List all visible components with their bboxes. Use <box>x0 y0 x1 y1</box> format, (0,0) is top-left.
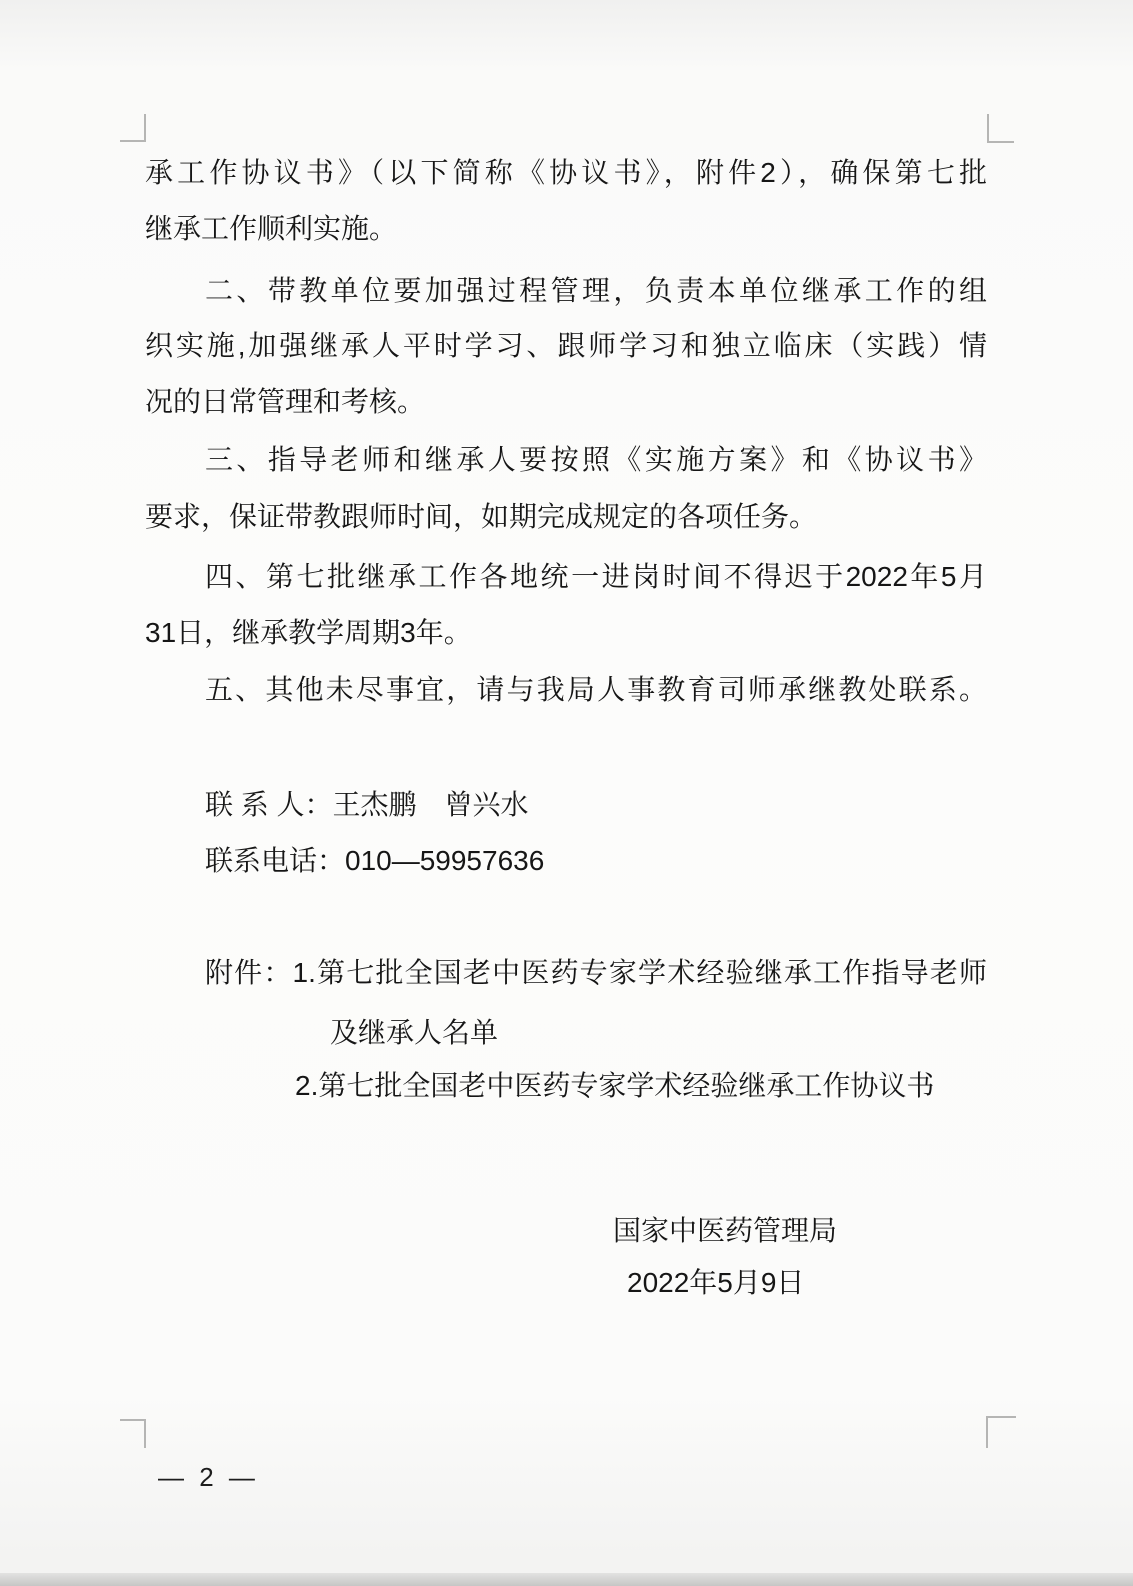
body-line-item2-3: 况的日常管理和考核。 <box>145 381 425 423</box>
body-line-item5-1: 五、其他未尽事宜，请与我局人事教育司师承继教处联系。 <box>205 669 987 711</box>
body-line-continued-1: 承工作协议书》（以下简称《协议书》，附件2），确保第七批 <box>145 152 987 194</box>
body-line-item2-1: 二、带教单位要加强过程管理，负责本单位继承工作的组 <box>205 270 987 312</box>
body-line-item3-2: 要求，保证带教跟师时间，如期完成规定的各项任务。 <box>145 496 817 538</box>
body-line-item4-2: 31日，继承教学周期3年。 <box>145 612 472 654</box>
margin-corner-mark-top-left <box>120 114 146 142</box>
signature-organization: 国家中医药管理局 <box>613 1210 837 1252</box>
attachment-line-3: 2.第七批全国老中医药专家学术经验继承工作协议书 <box>295 1065 934 1107</box>
signature-date: 2022年5月9日 <box>627 1262 804 1304</box>
margin-corner-mark-bottom-right <box>986 1416 1016 1448</box>
scan-bottom-edge <box>0 1573 1133 1586</box>
contact-phone-line: 联系电话：010—59957636 <box>205 840 544 882</box>
body-line-continued-2: 继承工作顺利实施。 <box>145 208 397 250</box>
contact-person-line: 联 系 人：王杰鹏 曾兴水 <box>205 784 529 826</box>
attachment-line-1: 附件：1.第七批全国老中医药专家学术经验继承工作指导老师 <box>205 952 987 994</box>
page-number: — 2 — <box>158 1462 259 1493</box>
body-line-item3-1: 三、指导老师和继承人要按照《实施方案》和《协议书》 <box>205 439 987 481</box>
body-line-item2-2: 织实施,加强继承人平时学习、跟师学习和独立临床（实践）情 <box>145 325 987 367</box>
attachment-line-2: 及继承人名单 <box>330 1012 498 1054</box>
margin-corner-mark-top-right <box>987 114 1014 143</box>
margin-corner-mark-bottom-left <box>120 1419 146 1448</box>
body-line-item4-1: 四、第七批继承工作各地统一进岗时间不得迟于2022年5月 <box>205 556 987 598</box>
document-page: 承工作协议书》（以下简称《协议书》，附件2），确保第七批 继承工作顺利实施。 二… <box>0 0 1133 1586</box>
